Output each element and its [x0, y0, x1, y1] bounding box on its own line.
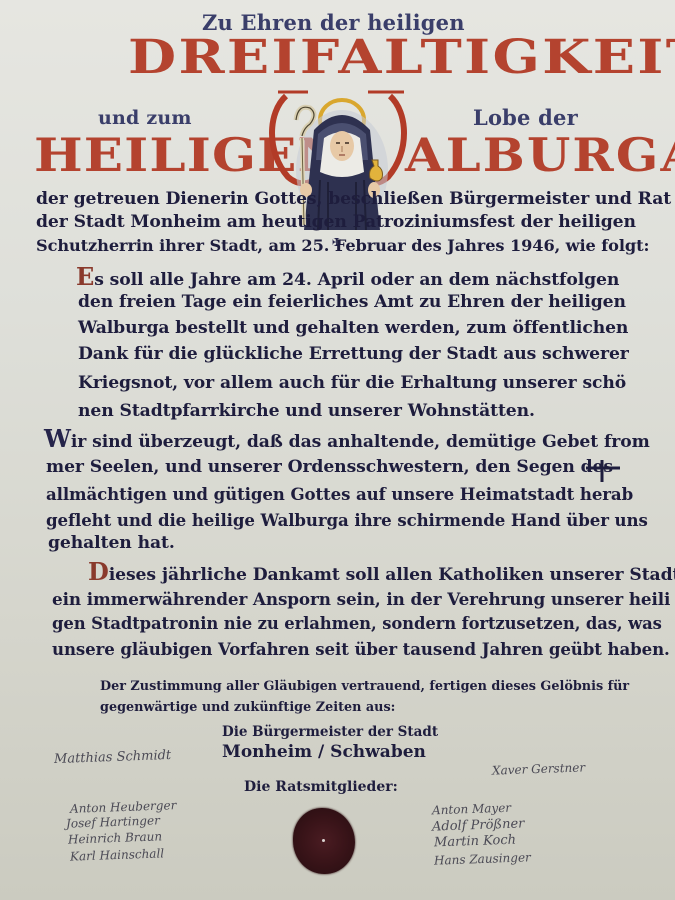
signature-council-left: Anton Heuberger — [70, 798, 177, 816]
paragraph-3-line: ein immerwährender Ansporn sein, in der … — [52, 589, 670, 609]
wax-seal-icon — [293, 808, 355, 874]
paragraph-3-line: Dieses jährliche Dankamt soll allen Kath… — [88, 557, 675, 586]
paragraph-1-line: Kriegsnot, vor allem auch für die Erhalt… — [78, 373, 626, 393]
closing-line: gegenwärtige und zukünftige Zeiten aus: — [100, 700, 395, 715]
mayor-title: Die Bürgermeister der Stadt — [222, 724, 438, 740]
heading-dreifaltigkeit: Dreifaltigkeit — [128, 30, 675, 85]
signature-council-right: Hans Zausinger — [434, 850, 531, 867]
paragraph-2-line: gefleht und die heilige Walburga ihre sc… — [46, 510, 648, 530]
paragraph-1-line: Walburga bestellt und gehalten werden, z… — [78, 318, 628, 338]
body-line: der Stadt Monheim am heutigen Patroziniu… — [36, 212, 636, 232]
signature-council-left: Josef Hartinger — [66, 813, 160, 830]
heading-walburga: alburga — [405, 128, 675, 182]
paragraph-1-line: den freien Tage ein feierliches Amt zu E… — [78, 292, 626, 312]
paragraph-2-line: allmächtigen und gütigen Gottes auf unse… — [46, 484, 633, 504]
closing-line: Der Zustimmung aller Gläubigen vertrauen… — [100, 679, 629, 694]
paragraph-2-line: Wir sind überzeugt, daß das anhaltende, … — [44, 424, 650, 453]
signature-council-right: Martin Koch — [434, 833, 516, 851]
signature-council-left: Karl Hainschall — [70, 846, 165, 863]
city-name: Monheim / Schwaben — [222, 742, 426, 762]
signature-mayor-right: Xaver Gerstner — [492, 760, 586, 777]
paragraph-3-line: gen Stadtpatronin nie zu erlahmen, sonde… — [52, 614, 662, 633]
heading-und-zum: und zum — [98, 107, 192, 129]
signature-mayor-left: Matthias Schmidt — [54, 748, 172, 767]
paragraph-1-line: nen Stadtpfarrkirche und unserer Wohnstä… — [78, 401, 535, 421]
paragraph-2-line: mer Seelen, und unserer Ordensschwestern… — [46, 457, 613, 477]
paragraph-1-initial: E — [76, 262, 94, 291]
seal-highlight — [322, 839, 325, 842]
paragraph-3-initial: D — [88, 557, 109, 586]
council-title: Die Ratsmitglieder: — [244, 779, 398, 795]
paragraph-3-line: unsere gläubigen Vorfahren seit über tau… — [52, 639, 670, 659]
paragraph-1-line: Es soll alle Jahre am 24. April oder an … — [76, 262, 619, 291]
body-line: der getreuen Dienerin Gottes, beschließe… — [36, 189, 671, 209]
body-line: Schutzherrin ihrer Stadt, am 25. Februar… — [36, 236, 649, 255]
paragraph-1-line: Dank für die glückliche Errettung der St… — [78, 344, 629, 364]
signature-council-right: Anton Mayer — [432, 801, 511, 818]
heading-lobe-der: Lobe der — [473, 105, 578, 130]
paragraph-2-line: gehalten hat. — [48, 533, 175, 553]
signature-council-left: Heinrich Braun — [68, 829, 163, 846]
paragraph-2-initial: W — [44, 424, 71, 453]
cross-ornament-icon — [582, 460, 622, 484]
